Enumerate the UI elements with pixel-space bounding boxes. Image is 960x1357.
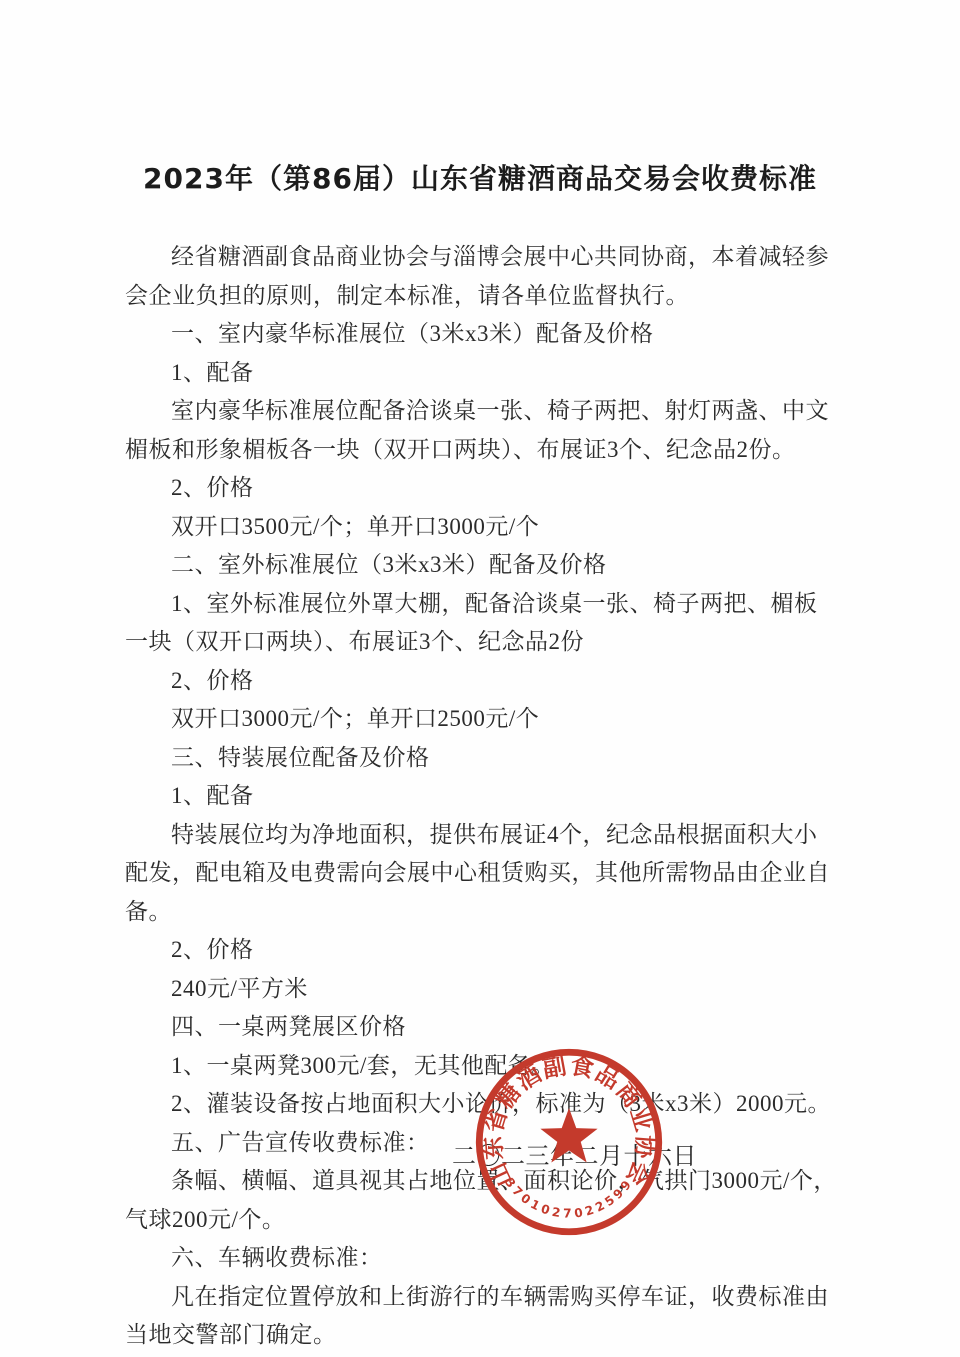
body-paragraph: 双开口3000元/个；单开口2500元/个 bbox=[125, 700, 837, 739]
document-page: 2023年（第86届）山东省糖酒商品交易会收费标准 经省糖酒副食品商业协会与淄博… bbox=[0, 0, 960, 1357]
signature-block: 二〇二三年二月十六日 山东省糖酒副食品商业协会 3701027022599 bbox=[0, 1040, 960, 1300]
official-seal-stamp: 山东省糖酒副食品商业协会 3701027022599 bbox=[472, 1045, 666, 1239]
body-paragraph: 2、价格 bbox=[125, 931, 837, 970]
seal-number-text: 3701027022599 bbox=[502, 1175, 636, 1220]
body-paragraph: 1、配备 bbox=[125, 354, 837, 393]
body-paragraph: 2、价格 bbox=[125, 469, 837, 508]
seal-star-icon bbox=[540, 1108, 597, 1162]
body-paragraph: 2、价格 bbox=[125, 662, 837, 701]
body-paragraph: 240元/平方米 bbox=[125, 970, 837, 1009]
body-paragraph: 经省糖酒副食品商业协会与淄博会展中心共同协商，本着减轻参会企业负担的原则，制定本… bbox=[125, 238, 837, 315]
body-paragraph: 一、室内豪华标准展位（3米x3米）配备及价格 bbox=[125, 315, 837, 354]
body-paragraph: 1、室外标准展位外罩大棚，配备洽谈桌一张、椅子两把、楣板一块（双开口两块）、布展… bbox=[125, 585, 837, 662]
body-paragraph: 特装展位均为净地面积，提供布展证4个，纪念品根据面积大小配发，配电箱及电费需向会… bbox=[125, 816, 837, 932]
body-paragraph: 三、特装展位配备及价格 bbox=[125, 739, 837, 778]
document-title: 2023年（第86届）山东省糖酒商品交易会收费标准 bbox=[80, 158, 880, 200]
body-paragraph: 室内豪华标准展位配备洽谈桌一张、椅子两把、射灯两盏、中文楣板和形象楣板各一块（双… bbox=[125, 392, 837, 469]
body-paragraph: 二、室外标准展位（3米x3米）配备及价格 bbox=[125, 546, 837, 585]
body-paragraph: 双开口3500元/个；单开口3000元/个 bbox=[125, 508, 837, 547]
body-paragraph: 1、配备 bbox=[125, 777, 837, 816]
